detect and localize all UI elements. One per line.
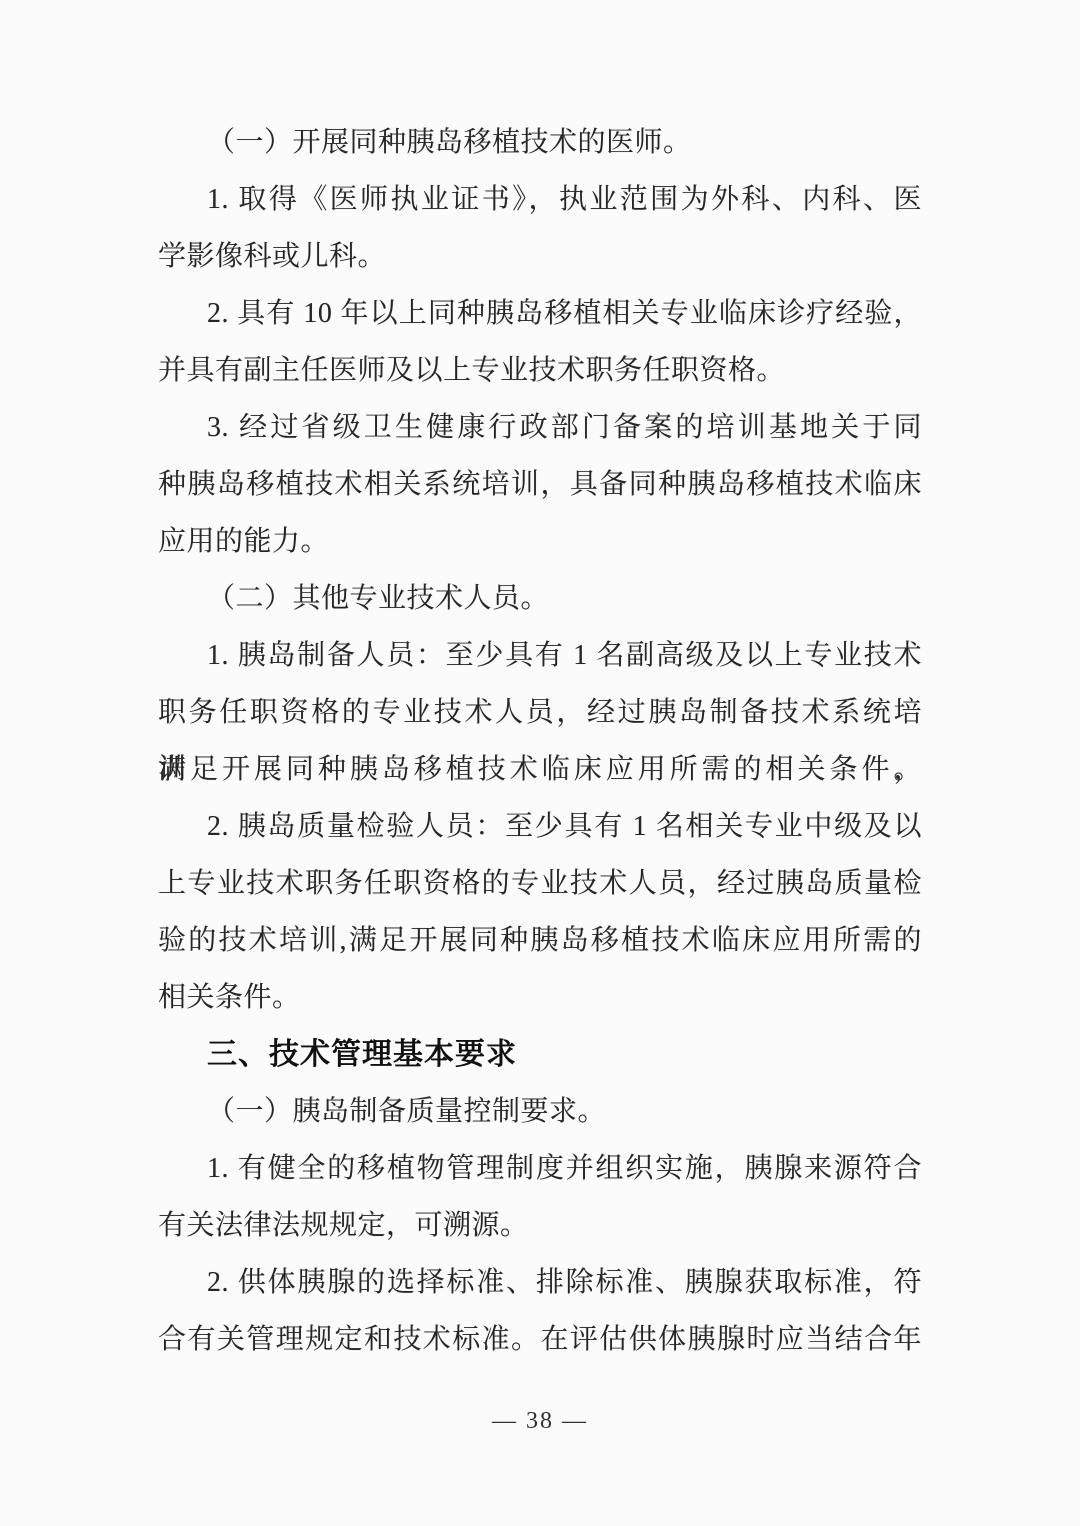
text-line: 合有关管理规定和技术标准。在评估供体胰腺时应当结合年 xyxy=(158,1311,922,1368)
paragraph: 1. 胰岛制备人员：至少具有 1 名副高级及以上专业技术职务任职资格的专业技术人… xyxy=(158,627,922,798)
text-line: 相关条件。 xyxy=(158,969,922,1026)
text-line: 验的技术培训,满足开展同种胰岛移植技术临床应用所需的 xyxy=(158,912,922,969)
text-line: 1. 取得《医师执业证书》，执业范围为外科、内科、医 xyxy=(158,171,922,228)
text-line: 学影像科或儿科。 xyxy=(158,228,922,285)
paragraph: 2. 供体胰腺的选择标准、排除标准、胰腺获取标准，符合有关管理规定和技术标准。在… xyxy=(158,1254,922,1368)
paragraph: 2. 具有 10 年以上同种胰岛移植相关专业临床诊疗经验，并具有副主任医师及以上… xyxy=(158,285,922,399)
text-line: 2. 具有 10 年以上同种胰岛移植相关专业临床诊疗经验， xyxy=(158,285,922,342)
section-heading: 三、技术管理基本要求 xyxy=(158,1026,922,1083)
text-line: （一）胰岛制备质量控制要求。 xyxy=(158,1083,922,1140)
text-line: 应用的能力。 xyxy=(158,513,922,570)
text-line: 并具有副主任医师及以上专业技术职务任职资格。 xyxy=(158,342,922,399)
paragraph: 1. 取得《医师执业证书》，执业范围为外科、内科、医学影像科或儿科。 xyxy=(158,171,922,285)
text-line: （一）开展同种胰岛移植技术的医师。 xyxy=(158,114,922,171)
document-page: （一）开展同种胰岛移植技术的医师。1. 取得《医师执业证书》，执业范围为外科、内… xyxy=(0,0,1080,1526)
paragraph: 3. 经过省级卫生健康行政部门备案的培训基地关于同种胰岛移植技术相关系统培训，具… xyxy=(158,399,922,570)
paragraph: 2. 胰岛质量检验人员：至少具有 1 名相关专业中级及以上专业技术职务任职资格的… xyxy=(158,798,922,1026)
page-number: — 38 — xyxy=(0,1408,1080,1435)
paragraph: （一）胰岛制备质量控制要求。 xyxy=(158,1083,922,1140)
document-content: （一）开展同种胰岛移植技术的医师。1. 取得《医师执业证书》，执业范围为外科、内… xyxy=(158,114,922,1368)
text-line: 有关法律法规规定，可溯源。 xyxy=(158,1197,922,1254)
text-line: 3. 经过省级卫生健康行政部门备案的培训基地关于同 xyxy=(158,399,922,456)
text-line: 职务任职资格的专业技术人员，经过胰岛制备技术系统培训， xyxy=(158,684,922,741)
paragraph: 1. 有健全的移植物管理制度并组织实施，胰腺来源符合有关法律法规规定，可溯源。 xyxy=(158,1140,922,1254)
text-line: 上专业技术职务任职资格的专业技术人员，经过胰岛质量检 xyxy=(158,855,922,912)
text-line: 种胰岛移植技术相关系统培训，具备同种胰岛移植技术临床 xyxy=(158,456,922,513)
text-line: （二）其他专业技术人员。 xyxy=(158,570,922,627)
text-line: 1. 胰岛制备人员：至少具有 1 名副高级及以上专业技术 xyxy=(158,627,922,684)
text-line: 满足开展同种胰岛移植技术临床应用所需的相关条件。 xyxy=(158,741,922,798)
text-line: 2. 胰岛质量检验人员：至少具有 1 名相关专业中级及以 xyxy=(158,798,922,855)
text-line: 1. 有健全的移植物管理制度并组织实施，胰腺来源符合 xyxy=(158,1140,922,1197)
paragraph: （一）开展同种胰岛移植技术的医师。 xyxy=(158,114,922,171)
paragraph: （二）其他专业技术人员。 xyxy=(158,570,922,627)
text-line: 2. 供体胰腺的选择标准、排除标准、胰腺获取标准，符 xyxy=(158,1254,922,1311)
text-line: 三、技术管理基本要求 xyxy=(158,1026,922,1083)
